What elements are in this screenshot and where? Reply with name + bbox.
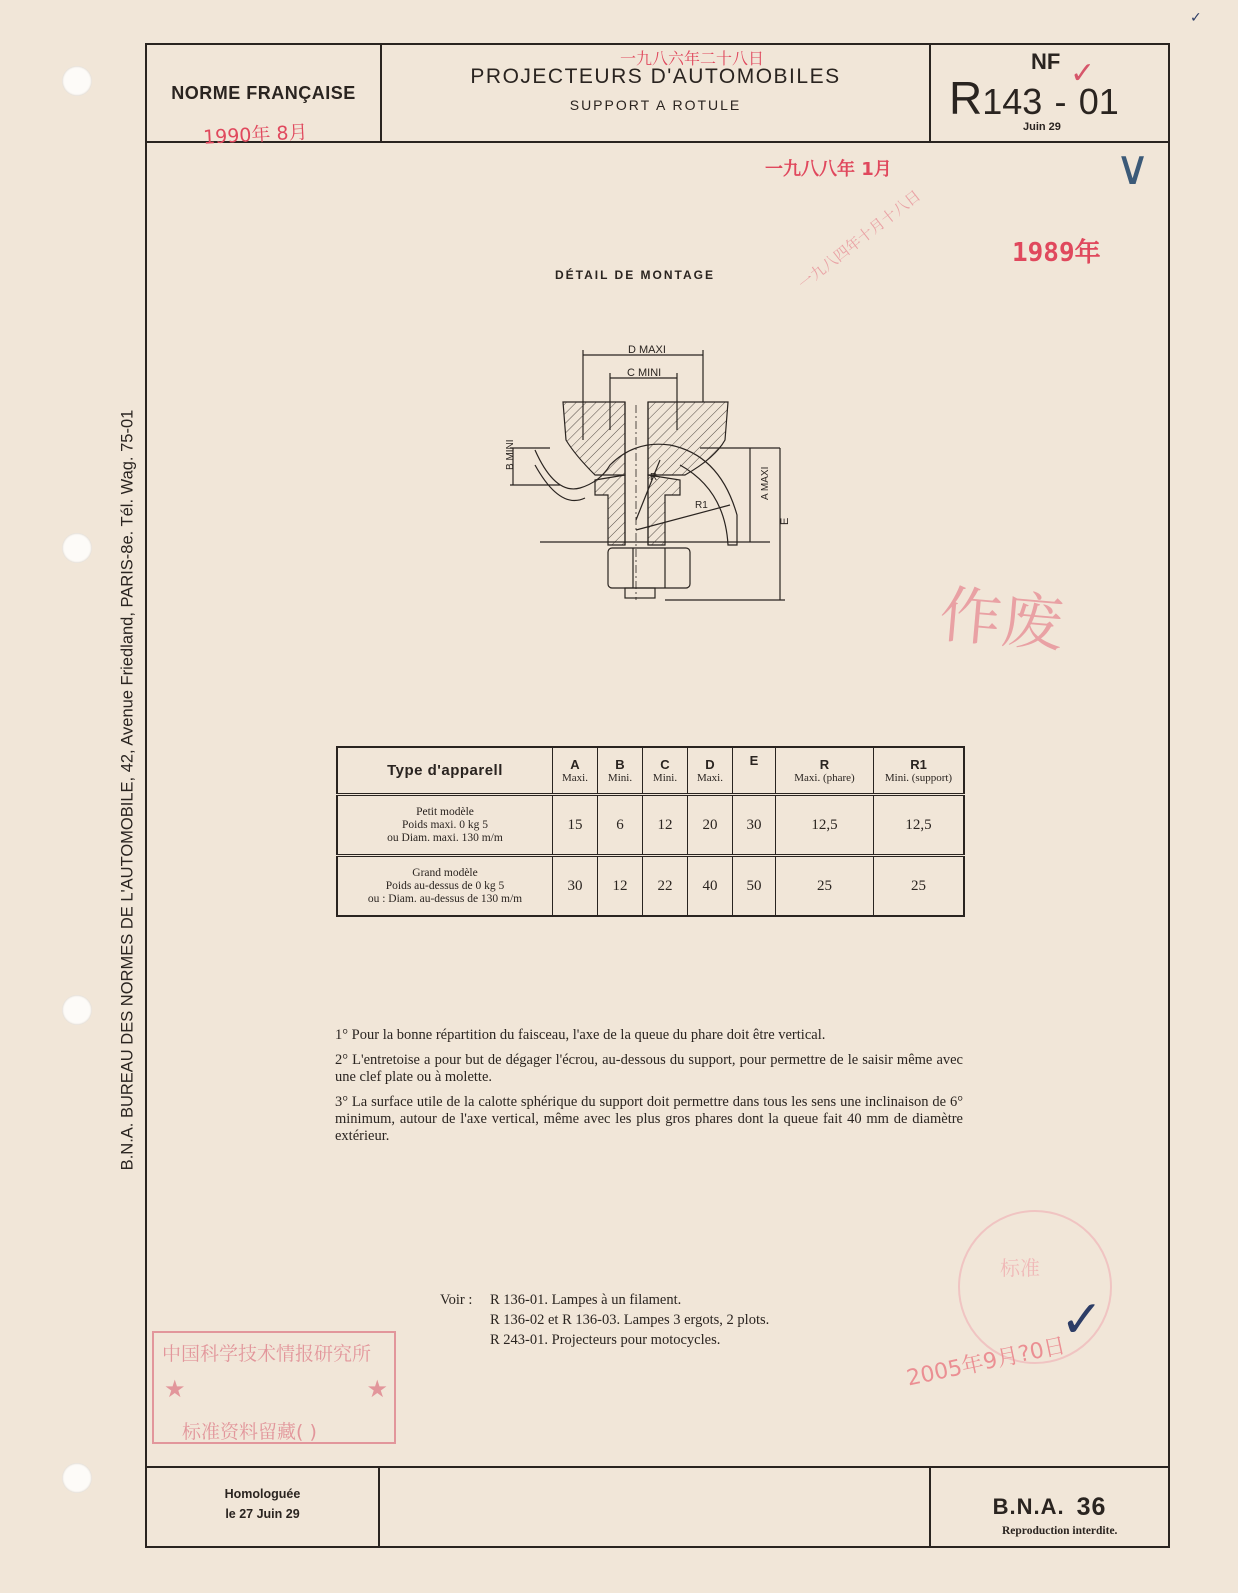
date-stamp-header: 一九八六年二十八日: [620, 46, 764, 69]
document-subtitle: SUPPORT A ROTULE: [382, 97, 929, 113]
cell-b: 12: [598, 856, 643, 917]
norme-label: NORME FRANÇAISE: [171, 83, 356, 104]
bna-number: 36: [1077, 1493, 1107, 1522]
references-section: Voir :R 136-01. Lampes à un filament. R …: [440, 1290, 769, 1350]
punch-hole: [62, 533, 92, 563]
table-header-row: Type d'apparell AMaxi. BMini. CMini. DMa…: [337, 747, 964, 795]
standard-date: Juin 29: [1023, 121, 1061, 133]
checkmark-icon: ✓: [1070, 56, 1095, 91]
checkmark-icon: ✓: [1060, 1290, 1104, 1350]
dim-d-label: D MAXI: [628, 344, 666, 356]
star-icon: ★: [366, 1375, 388, 1403]
reference-item: R 136-02 et R 136-03. Lampes 3 ergots, 2…: [440, 1310, 769, 1330]
mounting-detail-drawing: D MAXI C MINI B MINI A MAXI E R R1: [480, 330, 810, 610]
column-header-type: Type d'apparell: [337, 747, 553, 795]
cell-d: 40: [688, 856, 733, 917]
checkmark-icon: ∨: [1115, 140, 1150, 196]
note-2: 2° L'entretoise a pour but de dégager l'…: [335, 1052, 963, 1086]
reference-item: R 136-01. Lampes à un filament.: [490, 1292, 681, 1308]
dim-e-label: E: [779, 518, 791, 525]
cell-r1: 12,5: [874, 795, 965, 856]
column-header-r1: R1Mini. (support): [874, 747, 965, 795]
cell-a: 15: [553, 795, 598, 856]
cell-r: 12,5: [776, 795, 874, 856]
punch-hole: [62, 66, 92, 96]
table-row: Grand modèlePoids au-dessus de 0 kg 5ou …: [337, 856, 964, 917]
references-label: Voir :: [440, 1290, 490, 1310]
approval-line: Homologuée: [147, 1484, 378, 1504]
cell-c: 12: [643, 795, 688, 856]
star-icon: ★: [164, 1375, 186, 1403]
footer-blank-cell: [382, 1468, 931, 1546]
note-3: 3° La surface utile de la calotte sphéri…: [335, 1094, 963, 1145]
cell-e: 30: [733, 795, 776, 856]
cell-r: 25: [776, 856, 874, 917]
dim-b-label: B MINI: [505, 439, 516, 470]
punch-hole: [62, 1463, 92, 1493]
dim-r-label: R: [650, 472, 657, 483]
cell-d: 20: [688, 795, 733, 856]
cell-e: 50: [733, 856, 776, 917]
date-stamp-mid: 一九八八年 1月: [765, 155, 892, 181]
table-row: Petit modèlePoids maxi. 0 kg 5ou Diam. m…: [337, 795, 964, 856]
dim-c-label: C MINI: [627, 367, 661, 379]
column-header-e: E: [733, 747, 776, 795]
cell-c: 22: [643, 856, 688, 917]
reproduction-notice: Reproduction interdite.: [1002, 1525, 1117, 1537]
column-header-d: DMaxi.: [688, 747, 733, 795]
void-stamp: 作废: [936, 565, 1067, 664]
note-1: 1° Pour la bonne répartition du faisceau…: [335, 1027, 963, 1044]
year-stamp-1989: 1989年: [1012, 232, 1101, 269]
dim-a-label: A MAXI: [760, 467, 771, 500]
library-stamp: 中国科学技术情报研究所 ★ ★ 标准资料留藏( ): [152, 1331, 396, 1444]
cell-r1: 25: [874, 856, 965, 917]
bna-label: B.N.A.: [993, 1494, 1065, 1520]
checkmark-icon: ✓: [1190, 10, 1202, 26]
header-code-cell: NF R143 - 01 Juin 29: [931, 45, 1168, 141]
punch-hole: [62, 995, 92, 1025]
column-header-c: CMini.: [643, 747, 688, 795]
column-header-r: RMaxi. (phare): [776, 747, 874, 795]
cell-a: 30: [553, 856, 598, 917]
row-type-cell: Petit modèlePoids maxi. 0 kg 5ou Diam. m…: [337, 795, 553, 856]
dimensions-table: Type d'apparell AMaxi. BMini. CMini. DMa…: [336, 746, 965, 917]
notes-section: 1° Pour la bonne répartition du faisceau…: [335, 1027, 963, 1153]
drawing-caption: DÉTAIL DE MONTAGE: [555, 268, 715, 282]
approval-cell: Homologuée le 27 Juin 29: [147, 1468, 380, 1546]
publisher-address: B.N.A. BUREAU DES NORMES DE L'AUTOMOBILE…: [119, 410, 138, 1171]
approval-date: le 27 Juin 29: [147, 1504, 378, 1524]
cell-b: 6: [598, 795, 643, 856]
column-header-b: BMini.: [598, 747, 643, 795]
library-collection: 标准资料留藏( ): [182, 1417, 317, 1444]
date-stamp-1990: 1990年 8月: [202, 117, 308, 149]
dim-r1-label: R1: [695, 500, 708, 511]
reference-item: R 243-01. Projecteurs pour motocycles.: [440, 1330, 769, 1350]
column-header-a: AMaxi.: [553, 747, 598, 795]
library-name: 中国科学技术情报研究所: [154, 1333, 394, 1372]
row-type-cell: Grand modèlePoids au-dessus de 0 kg 5ou …: [337, 856, 553, 917]
